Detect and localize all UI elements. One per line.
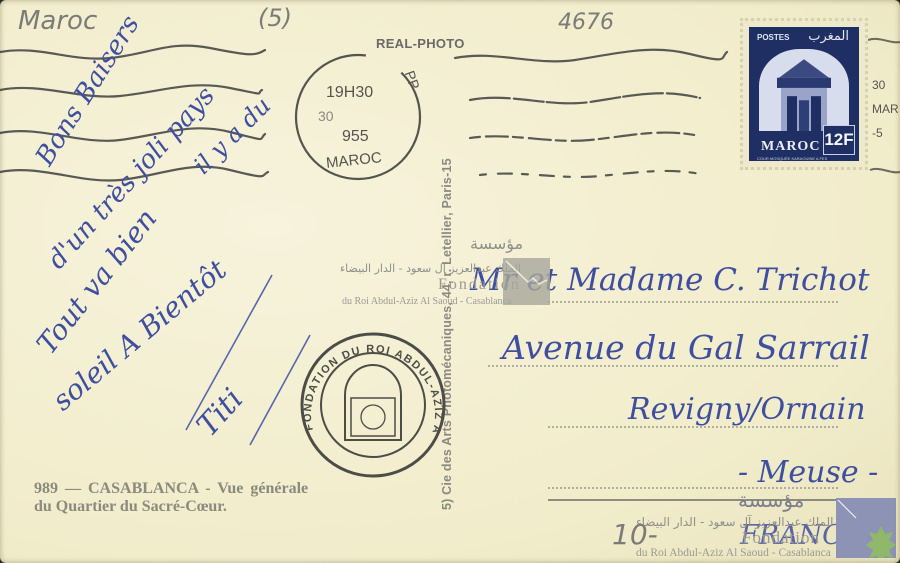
watermark-arabic-title: مؤسسة xyxy=(470,234,523,253)
watermark-latin-line: du Roi Abdul-Aziz Al Saoud - Casablanca xyxy=(342,296,511,307)
watermark-arabic-line: الملك عبدالعزيز آل سعود - الدار البيضاء xyxy=(340,262,521,275)
address-line-4: - Meuse - xyxy=(738,455,878,490)
watermark2-latin-line: du Roi Abdul-Aziz Al Saoud - Casablanca xyxy=(636,547,831,559)
watermark2-logo-panel xyxy=(836,498,896,558)
watermark2-arabic-line: الملك عبدالعزيز آل سعود - الدار البيضاء xyxy=(636,515,833,529)
postcard: Maroc (5) 4676 10- REAL-PHOTO 19H30 30 9… xyxy=(0,0,900,563)
svg-text:FONDATION DU ROI ABDUL-AZIZ AL: FONDATION DU ROI ABDUL-AZIZ AL SAOUD xyxy=(0,0,444,436)
address-line-3: Revigny/Ornain xyxy=(628,392,866,427)
watermark2-latin-title: Fondation xyxy=(742,528,820,548)
seal-text: FONDATION DU ROI ABDUL-AZIZ AL SAOUD xyxy=(0,0,444,436)
watermark-logo xyxy=(503,258,550,305)
star-icon xyxy=(836,498,896,558)
watermark2-arabic-title: مؤسسة xyxy=(738,488,804,512)
address-line-2: Avenue du Gal Sarrail xyxy=(502,328,870,367)
